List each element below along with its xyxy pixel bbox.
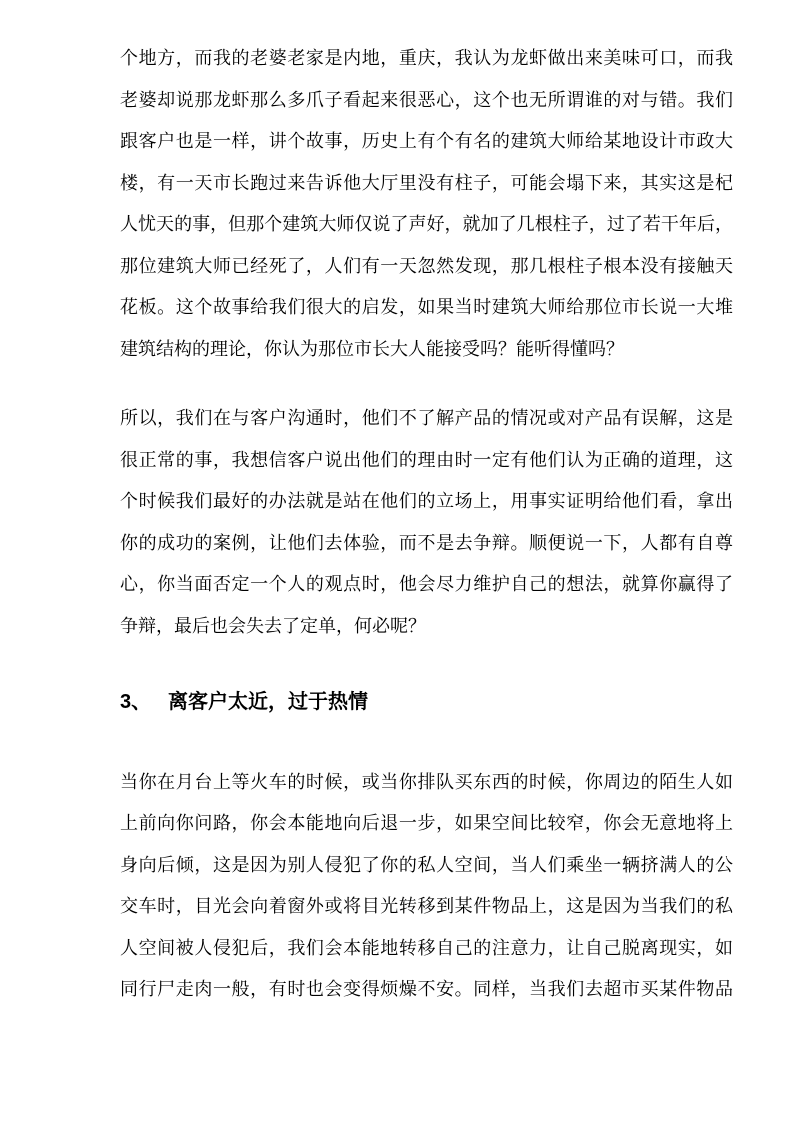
text-line: 楼，有一天市长跑过来告诉他大厅里没有柱子，可能会塌下来，其实这是杞	[120, 163, 733, 205]
text-line: 那位建筑大师已经死了，人们有一天忽然发现，那几根柱子根本没有接触天	[120, 246, 733, 288]
text-line: 当你在月台上等火车的时候，或当你排队买东西的时候，你周边的陌生人如	[120, 762, 733, 804]
text-line: 老婆却说那龙虾那么多爪子看起来很恶心，这个也无所谓谁的对与错。我们	[120, 80, 733, 122]
heading-number: 3、	[120, 682, 168, 724]
text-line: 同行尸走肉一般，有时也会变得烦燥不安。同样，当我们去超市买某件物品	[120, 969, 733, 1011]
text-line: 上前向你问路，你会本能地向后退一步，如果空间比较窄，你会无意地将上	[120, 803, 733, 845]
text-line: 个地方，而我的老婆老家是内地，重庆，我认为龙虾做出来美味可口，而我	[120, 38, 733, 80]
text-line: 个时候我们最好的办法就是站在他们的立场上，用事实证明给他们看，拿出	[120, 481, 733, 523]
document-page: 个地方，而我的老婆老家是内地，重庆，我认为龙虾做出来美味可口，而我 老婆却说那龙…	[0, 0, 793, 1122]
text-line: 争辩，最后也会失去了定单，何必呢？	[120, 606, 733, 648]
text-line: 跟客户也是一样，讲个故事，历史上有个有名的建筑大师给某地设计市政大	[120, 121, 733, 163]
text-line: 很正常的事，我想信客户说出他们的理由时一定有他们认为正确的道理，这	[120, 440, 733, 482]
paragraph-1: 个地方，而我的老婆老家是内地，重庆，我认为龙虾做出来美味可口，而我 老婆却说那龙…	[120, 38, 733, 370]
paragraph-3: 当你在月台上等火车的时候，或当你排队买东西的时候，你周边的陌生人如 上前向你问路…	[120, 762, 733, 1011]
text-line: 人空间被人侵犯后，我们会本能地转移自己的注意力，让自己脱离现实，如	[120, 928, 733, 970]
text-line: 建筑结构的理论，你认为那位市长大人能接受吗？能听得懂吗？	[120, 329, 733, 371]
text-line: 你的成功的案例，让他们去体验，而不是去争辩。顺便说一下，人都有自尊	[120, 523, 733, 565]
text-line: 身向后倾，这是因为别人侵犯了你的私人空间，当人们乘坐一辆挤满人的公	[120, 845, 733, 887]
section-heading: 3、离客户太近，过于热情	[120, 682, 733, 724]
text-line: 花板。这个故事给我们很大的启发，如果当时建筑大师给那位市长说一大堆	[120, 287, 733, 329]
text-line: 心，你当面否定一个人的观点时，他会尽力维护自己的想法，就算你赢得了	[120, 564, 733, 606]
text-line: 所以，我们在与客户沟通时，他们不了解产品的情况或对产品有误解，这是	[120, 398, 733, 440]
text-line: 交车时，目光会向着窗外或将目光转移到某件物品上，这是因为当我们的私	[120, 886, 733, 928]
text-line: 人忧天的事，但那个建筑大师仅说了声好，就加了几根柱子，过了若干年后，	[120, 204, 733, 246]
page-content: 个地方，而我的老婆老家是内地，重庆，我认为龙虾做出来美味可口，而我 老婆却说那龙…	[120, 38, 733, 1011]
heading-text: 离客户太近，过于热情	[168, 691, 368, 713]
paragraph-2: 所以，我们在与客户沟通时，他们不了解产品的情况或对产品有误解，这是 很正常的事，…	[120, 398, 733, 647]
